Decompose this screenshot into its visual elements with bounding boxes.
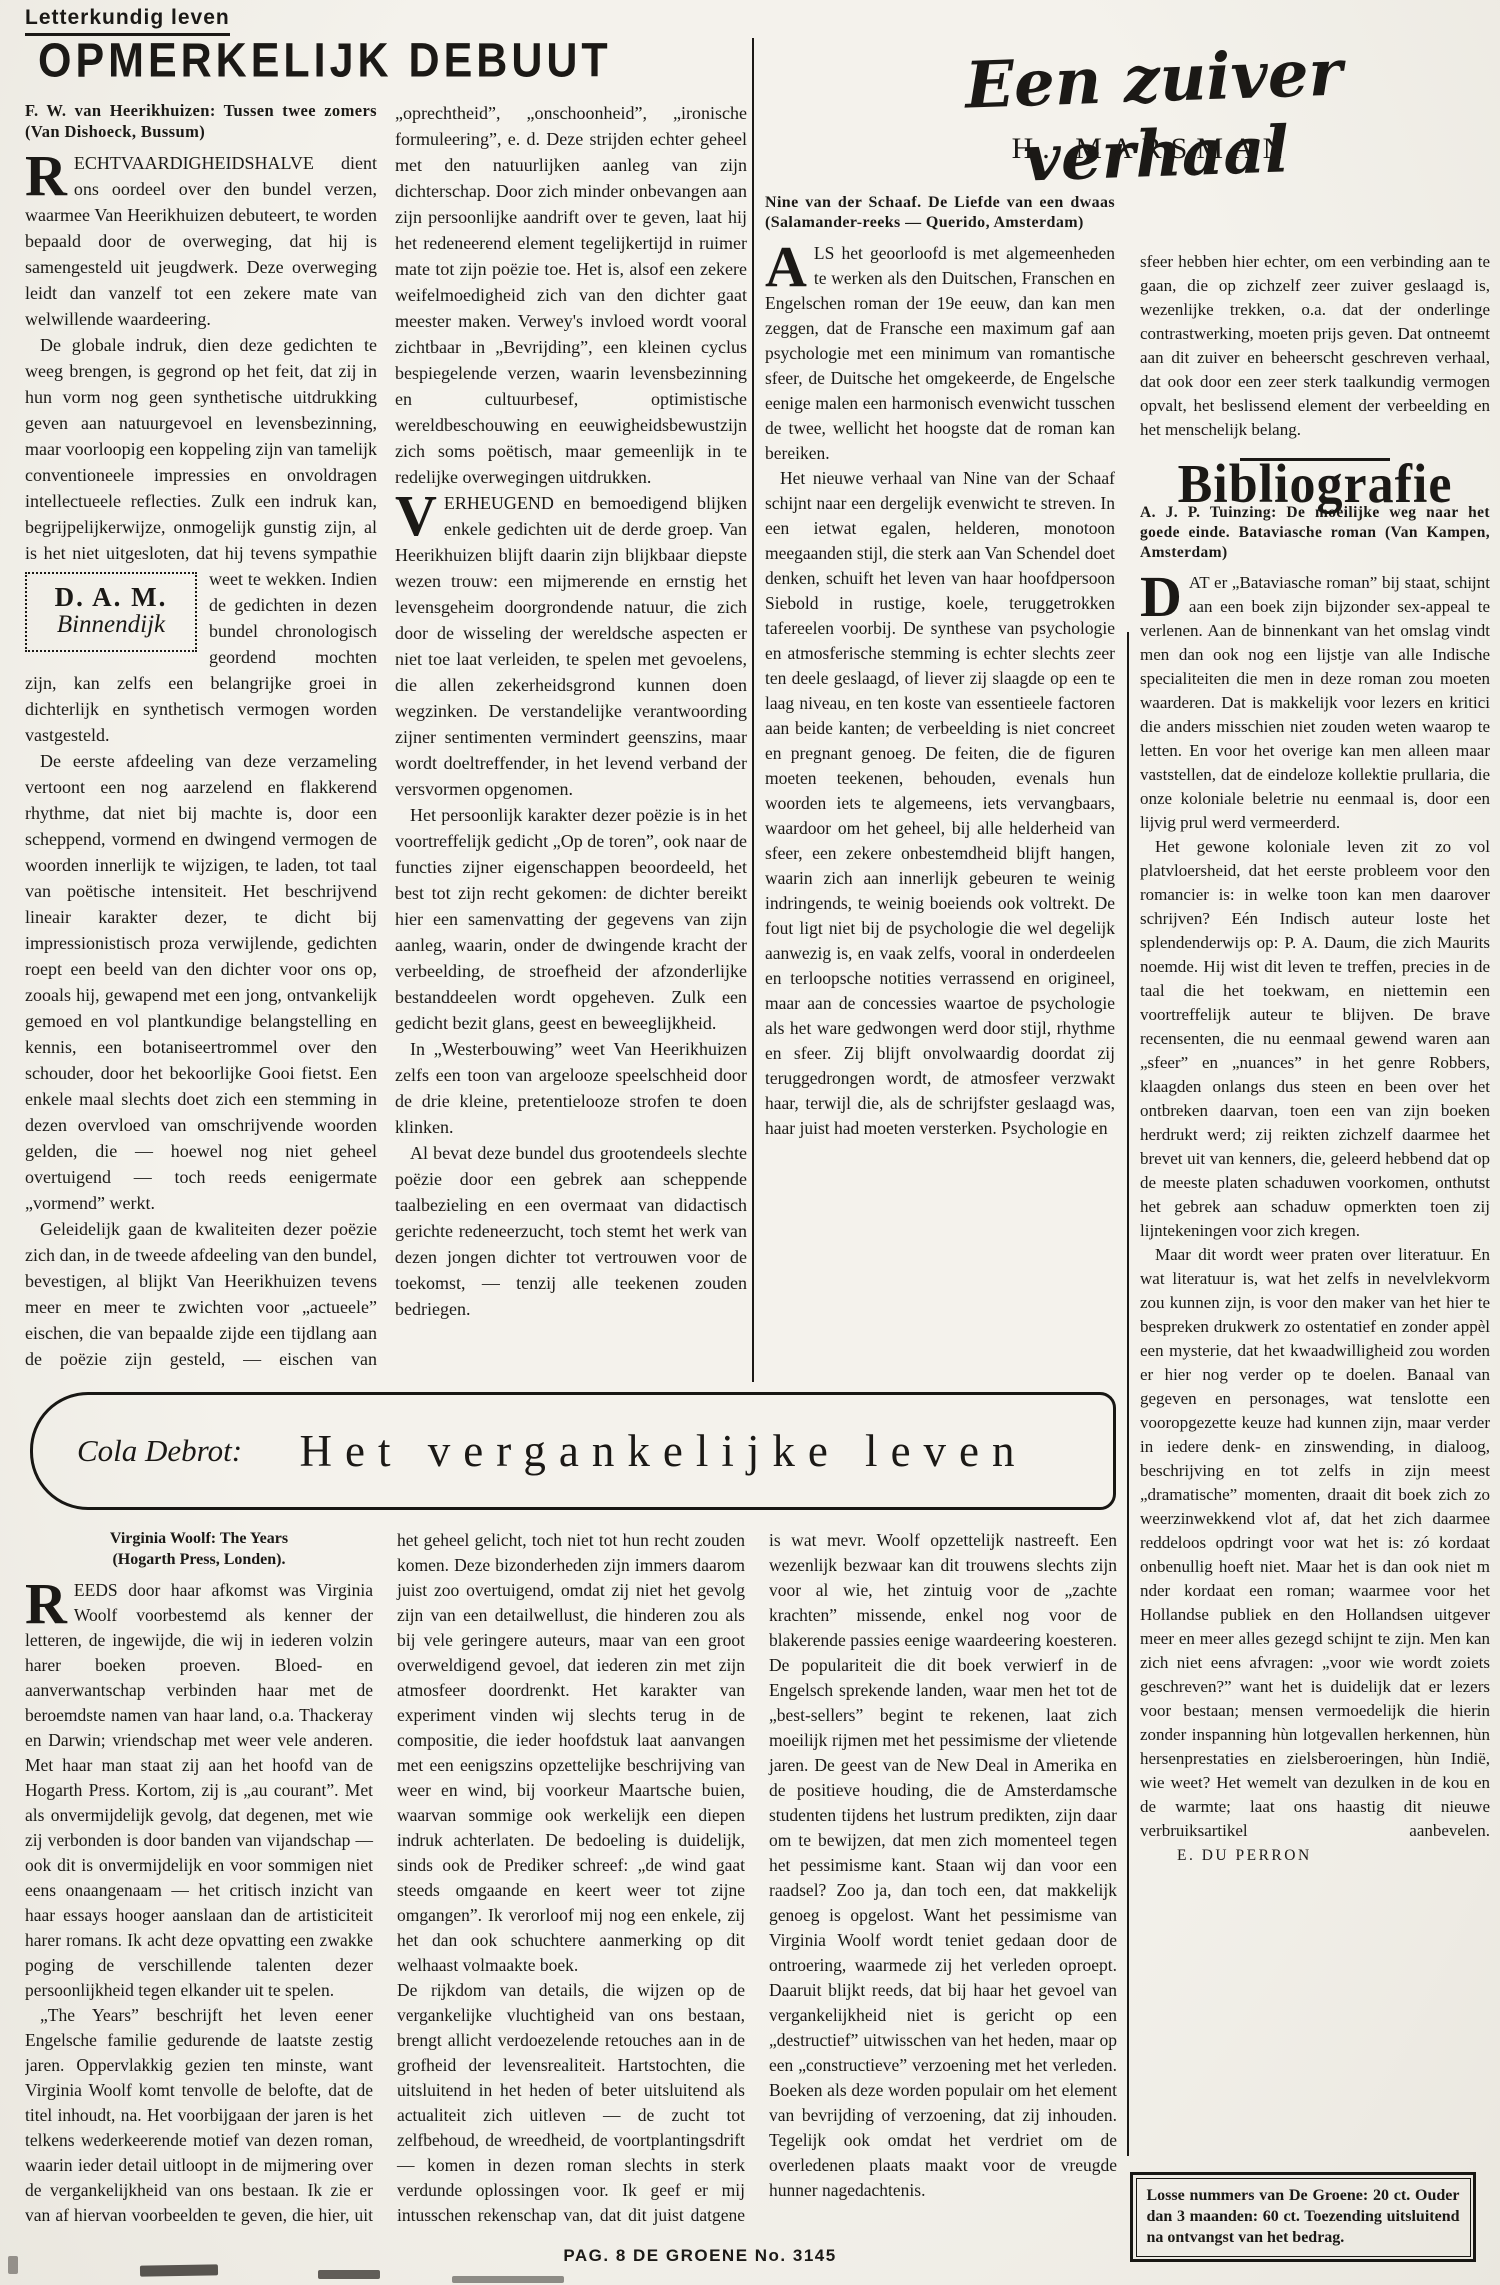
paragraph: REEDS door haar afkomst was Virginia Woo… <box>25 1578 373 2003</box>
notice-box: Losse nummers van De Groene: 20 ct. Oude… <box>1130 2172 1476 2262</box>
drop-cap: D <box>1140 571 1189 619</box>
kicker-cola-debrot: Cola Debrot: <box>33 1433 242 1469</box>
byline-line1: Virginia Woolf: The Years <box>110 1530 288 1547</box>
paragraph-text: ERHEUGEND en bemoedigend blijken enkele … <box>395 493 747 799</box>
article-byline: Nine van der Schaaf. De Liefde van een d… <box>765 193 1115 233</box>
author-box: D. A. M. Binnendijk <box>25 572 197 652</box>
paragraph: Al bevat deze bundel dus grootendeels sl… <box>395 1140 747 1322</box>
ink-smudge <box>140 2264 218 2276</box>
banner-het-vergankelijke-leven: Cola Debrot: Het vergankelijke leven <box>30 1392 1116 1510</box>
paragraph: De globale indruk, dien deze gedichten t… <box>25 332 377 748</box>
paragraph-text: De globale indruk, dien deze gedichten t… <box>25 335 377 563</box>
byline-line2: (Hogarth Press, Londen). <box>112 1551 285 1568</box>
notice-text: Losse nummers van De Groene: 20 ct. Oude… <box>1136 2178 1471 2257</box>
page-footer: PAG. 8 DE GROENE No. 3145 <box>450 2246 950 2266</box>
heading-bibliografie: Bibliografie <box>1140 472 1490 497</box>
paragraph: DAT er „Bataviasche roman” bij staat, sc… <box>1140 571 1490 835</box>
paragraph-continuation: sfeer hebben hier echter, om een verbind… <box>1140 250 1490 442</box>
article-opmerkelijk-debuut: F. W. van Heerikhuizen: Tussen twee zome… <box>25 100 747 1382</box>
paragraph: Maar dit wordt weer praten over literatu… <box>1140 1243 1490 1868</box>
paragraph: In „Westerbouwing” weet Van Heerikhuizen… <box>395 1036 747 1140</box>
paragraph: VERHEUGEND en bemoedigend blijken enkele… <box>395 490 747 802</box>
ink-smudge <box>8 2256 18 2274</box>
paragraph-text: LS het geoorloofd is met algemeenheden t… <box>765 243 1115 463</box>
paragraph: ALS het geoorloofd is met algemeenheden … <box>765 241 1115 466</box>
paragraph: Het persoonlijk karakter dezer poëzie is… <box>395 802 747 1036</box>
banner-title: Het vergankelijke leven <box>242 1425 1113 1477</box>
headline-opmerkelijk-debuut: OPMERKELIJK DEBUUT <box>38 34 498 89</box>
paragraph-text: AT er „Bataviasche roman” bij staat, sch… <box>1140 573 1490 832</box>
article-the-years: Virginia Woolf: The Years (Hogarth Press… <box>25 1528 1117 2240</box>
article-een-zuiver-verhaal: Nine van der Schaaf. De Liefde van een d… <box>765 193 1115 1383</box>
paragraph: RECHTVAARDIGHEIDSHALVE dient ons oordeel… <box>25 150 377 332</box>
article-byline: F. W. van Heerikhuizen: Tussen twee zome… <box>25 100 377 142</box>
paragraph-text: Maar dit wordt weer praten over literatu… <box>1140 1245 1490 1840</box>
author-initials: D. A. M. <box>35 584 187 610</box>
paragraph-text: EEDS door haar afkomst was Virginia Wool… <box>25 1580 373 2000</box>
column-rule-right <box>1127 632 1129 2156</box>
paragraph-text: ECHTVAARDIGHEIDSHALVE dient ons oordeel … <box>25 153 377 329</box>
ink-smudge <box>452 2276 564 2283</box>
drop-cap: A <box>765 241 814 289</box>
script-title-een-zuiver-verhaal: Een zuiver verhaal <box>848 31 1463 202</box>
author-signature-du-perron: E. DU PERRON <box>1162 1844 1312 1868</box>
drop-cap: R <box>25 1578 74 1626</box>
column-rule-left <box>752 38 754 1382</box>
right-column: sfeer hebben hier echter, om een verbind… <box>1140 250 1490 2162</box>
paragraph: Het nieuwe verhaal van Nine van der Scha… <box>765 466 1115 1141</box>
section-label: Letterkundig leven <box>25 6 230 36</box>
paragraph: Het gewone koloniale leven zit zo vol pl… <box>1140 835 1490 1243</box>
author-name: Binnendijk <box>35 612 187 638</box>
paragraph: De eerste afdeeling van deze verzameling… <box>25 748 377 1216</box>
drop-cap: V <box>395 490 444 538</box>
article-byline: Virginia Woolf: The Years (Hogarth Press… <box>25 1528 373 1570</box>
drop-cap: R <box>25 150 74 198</box>
newspaper-page: { "page": { "section_label": "Letterkund… <box>0 0 1500 2285</box>
ink-smudge <box>318 2270 380 2279</box>
author-h-marsman: H. MARSMAN <box>900 132 1405 166</box>
